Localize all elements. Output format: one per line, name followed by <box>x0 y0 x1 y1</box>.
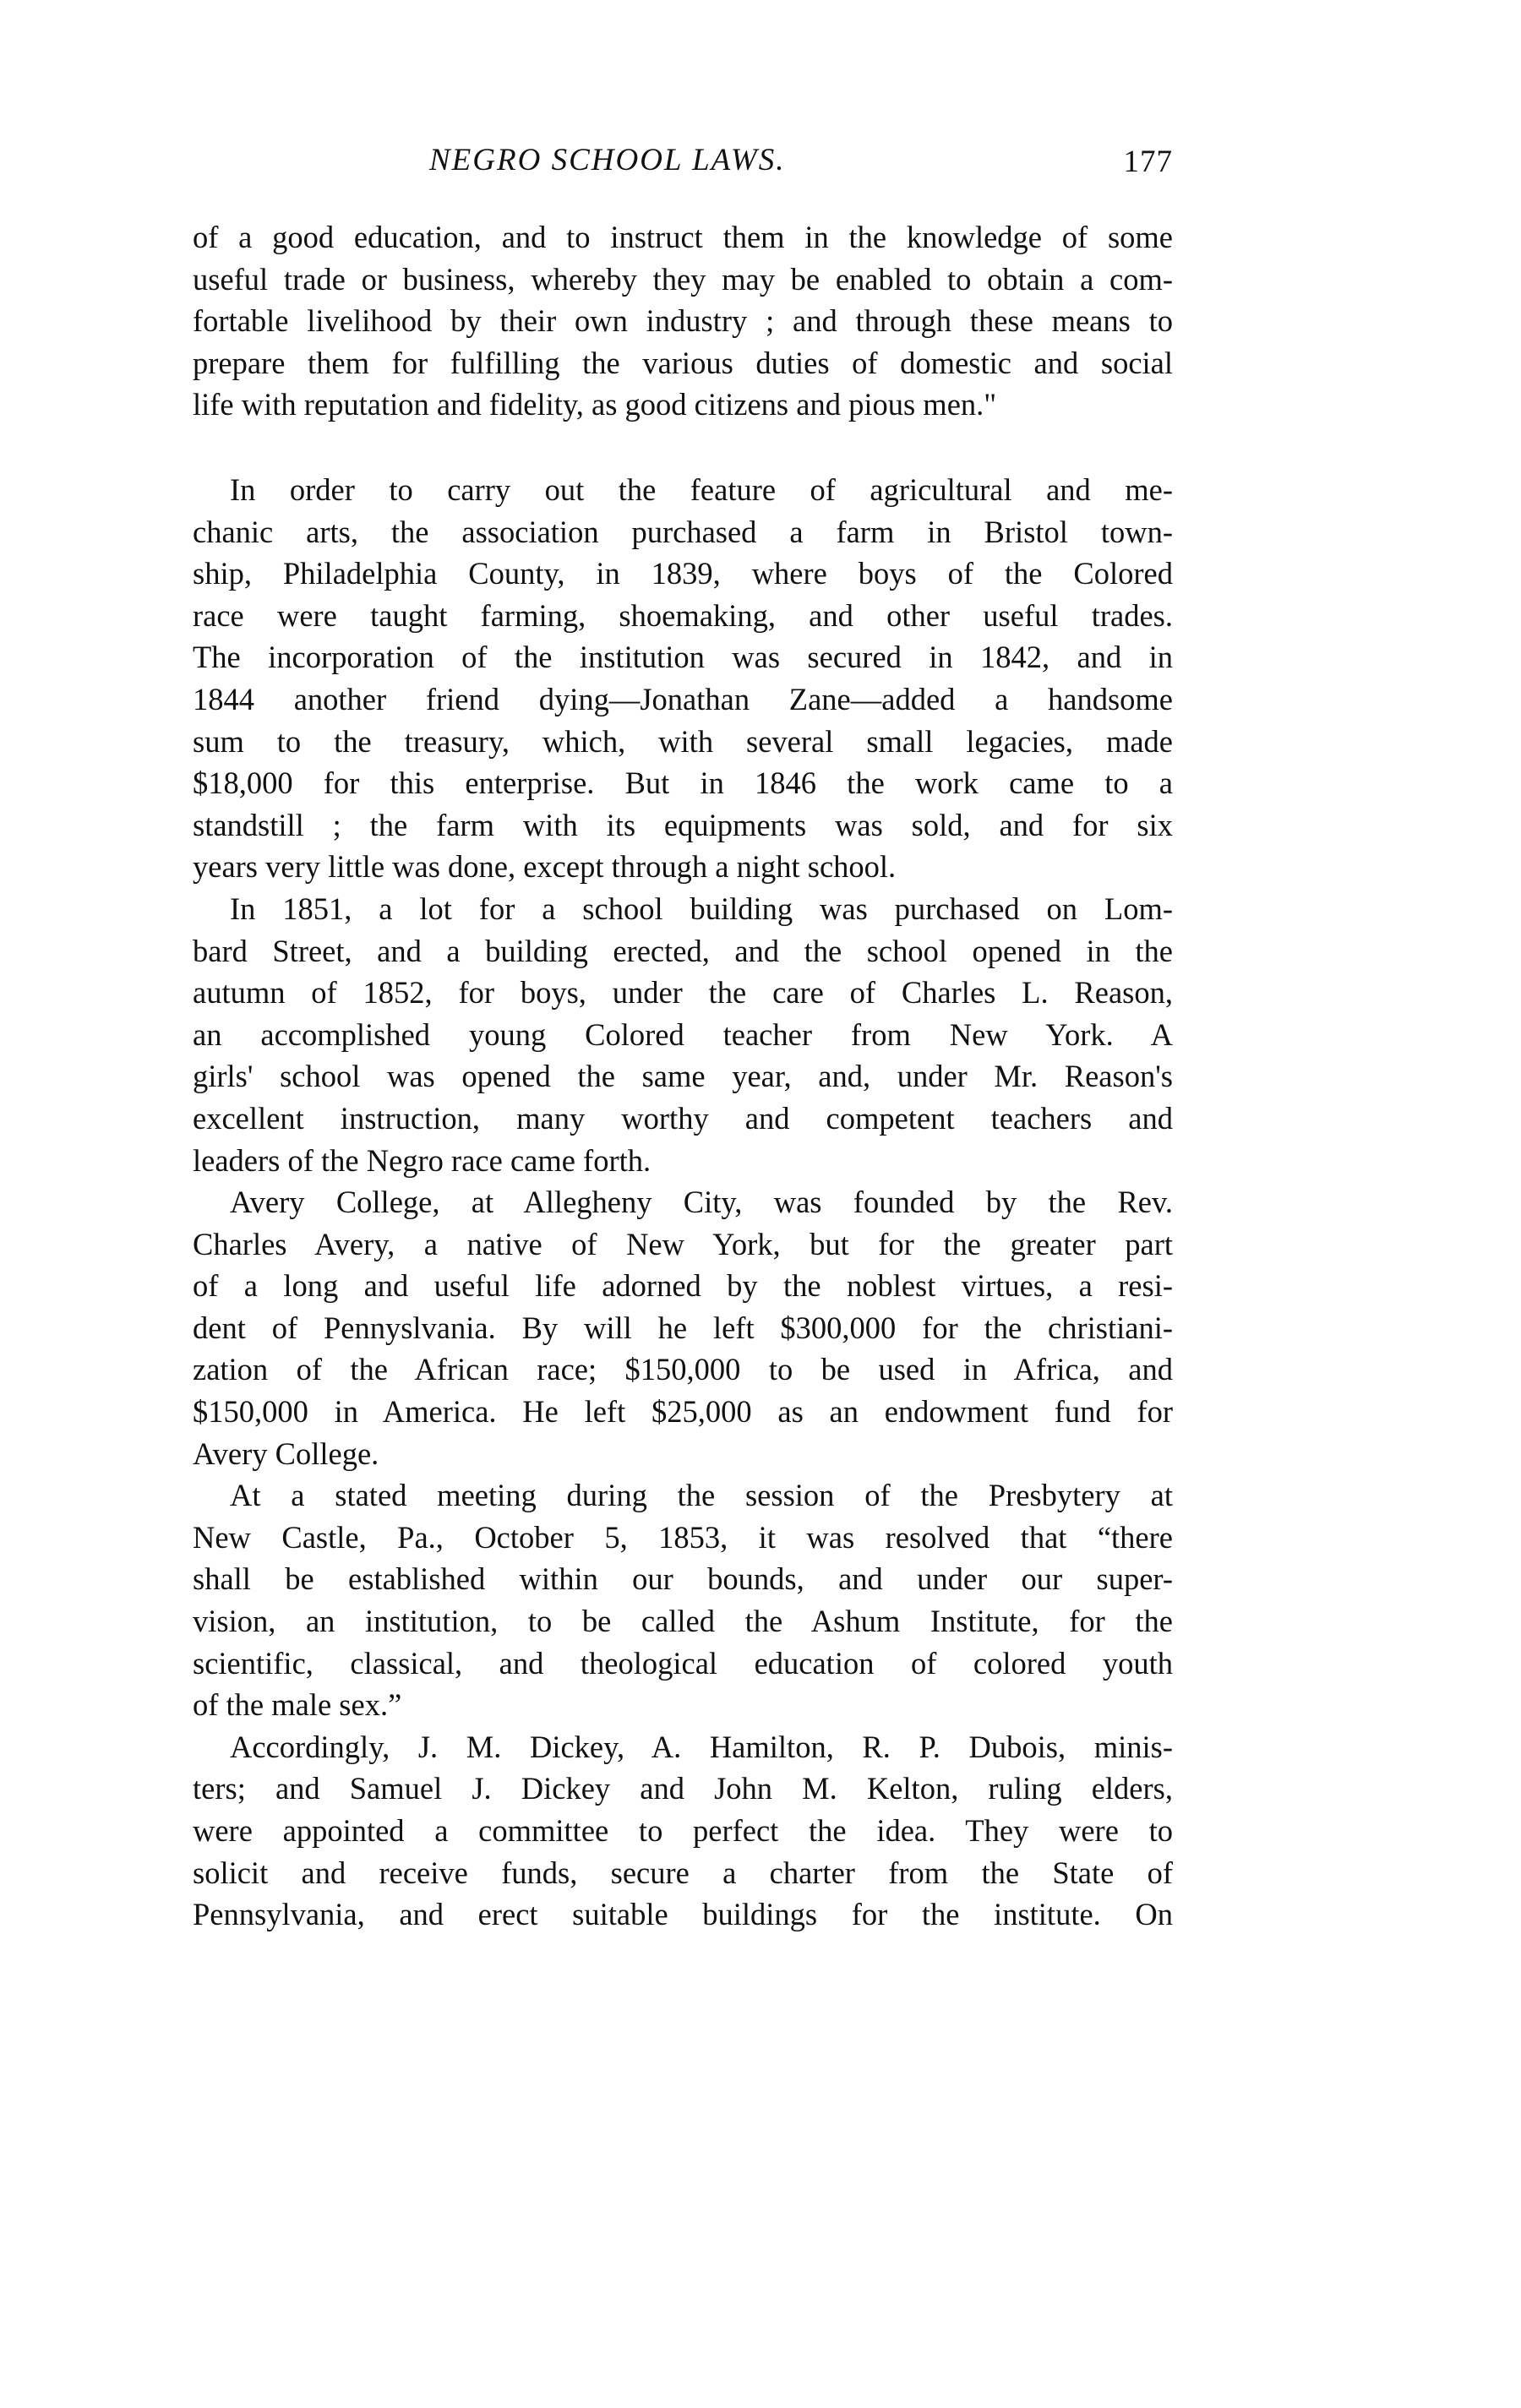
text-line: scientific, classical, and theological e… <box>193 1643 1173 1685</box>
text-line: excellent instruction, many worthy and c… <box>193 1098 1173 1140</box>
text-line: Avery College, at Allegheny City, was fo… <box>193 1181 1173 1223</box>
page-number: 177 <box>1124 144 1174 180</box>
text-line: Avery College. <box>193 1433 1173 1475</box>
text-line: race were taught farming, shoemaking, an… <box>193 595 1173 637</box>
text-line: solicit and receive funds, secure a char… <box>193 1852 1173 1894</box>
text-line: prepare them for fulfilling the various … <box>193 342 1173 384</box>
text-line: an accomplished young Colored teacher fr… <box>193 1014 1173 1056</box>
text-line: useful trade or business, whereby they m… <box>193 259 1173 301</box>
text-line: standstill ; the farm with its equipment… <box>193 804 1173 847</box>
text-line: sum to the treasury, which, with several… <box>193 721 1173 763</box>
text-line: vision, an institution, to be called the… <box>193 1600 1173 1643</box>
quote-continuation: of a good education, and to instruct the… <box>193 216 1173 426</box>
text-line: ters; and Samuel J. Dickey and John M. K… <box>193 1768 1173 1810</box>
text-line: of a long and useful life adorned by the… <box>193 1265 1173 1307</box>
text-line: In 1851, a lot for a school building was… <box>193 888 1173 930</box>
text-line: The incorporation of the institution was… <box>193 636 1173 678</box>
text-line: girls' school was opened the same year, … <box>193 1055 1173 1098</box>
text-line: of a good education, and to instruct the… <box>193 216 1173 259</box>
running-title: NEGRO SCHOOL LAWS. <box>429 142 785 178</box>
text-line: dent of Pennyslvania. By will he left $3… <box>193 1307 1173 1349</box>
text-line: fortable livelihood by their own industr… <box>193 300 1173 342</box>
text-line: Pennsylvania, and erect suitable buildin… <box>193 1893 1173 1936</box>
text-line: life with reputation and fidelity, as go… <box>193 384 1173 426</box>
text-line: autumn of 1852, for boys, under the care… <box>193 972 1173 1014</box>
text-line: of the male sex.” <box>193 1684 1173 1726</box>
text-line: leaders of the Negro race came forth. <box>193 1140 1173 1182</box>
text-line: $150,000 in America. He left $25,000 as … <box>193 1391 1173 1433</box>
text-line: were appointed a committee to perfect th… <box>193 1810 1173 1852</box>
text-line: Accordingly, J. M. Dickey, A. Hamilton, … <box>193 1726 1173 1768</box>
paragraph-avery-college: Avery College, at Allegheny City, was fo… <box>193 1181 1173 1474</box>
text-line: In order to carry out the feature of agr… <box>193 469 1173 511</box>
page-header: NEGRO SCHOOL LAWS. 177 <box>193 142 1173 184</box>
paragraph-agricultural-farm: In order to carry out the feature of agr… <box>193 469 1173 888</box>
text-line: years very little was done, except throu… <box>193 846 1173 888</box>
text-line: shall be established within our bounds, … <box>193 1558 1173 1600</box>
text-line: At a stated meeting during the session o… <box>193 1474 1173 1517</box>
text-line: $18,000 for this enterprise. But in 1846… <box>193 762 1173 804</box>
text-line: 1844 another friend dying—Jonathan Zane—… <box>193 678 1173 721</box>
text-line: New Castle, Pa., October 5, 1853, it was… <box>193 1517 1173 1559</box>
text-line: Charles Avery, a native of New York, but… <box>193 1223 1173 1266</box>
paragraph-committee: Accordingly, J. M. Dickey, A. Hamilton, … <box>193 1726 1173 1936</box>
text-line: ship, Philadelphia County, in 1839, wher… <box>193 553 1173 595</box>
body-text: In order to carry out the feature of agr… <box>193 469 1173 1936</box>
text-line: chanic arts, the association purchased a… <box>193 511 1173 553</box>
paragraph-presbytery-meeting: At a stated meeting during the session o… <box>193 1474 1173 1726</box>
text-line: bard Street, and a building erected, and… <box>193 930 1173 972</box>
paragraph-lombard-street-school: In 1851, a lot for a school building was… <box>193 888 1173 1181</box>
text-line: zation of the African race; $150,000 to … <box>193 1348 1173 1391</box>
